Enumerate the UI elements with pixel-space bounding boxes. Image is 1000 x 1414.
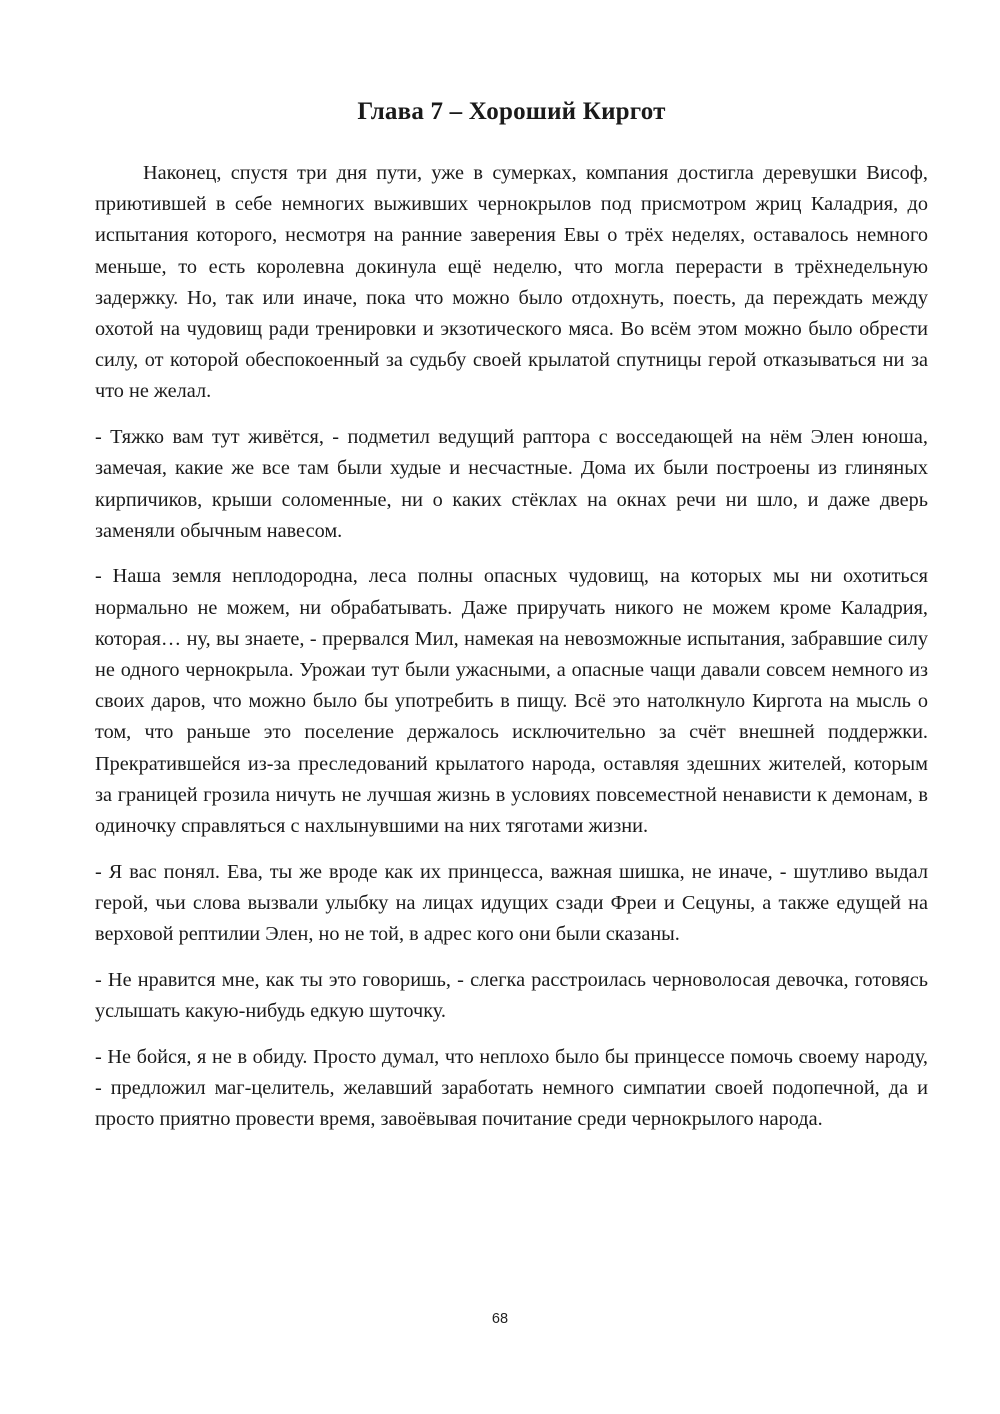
document-page: Глава 7 – Хороший Киргот Наконец, спустя… (95, 92, 928, 1150)
paragraph-dialogue-princess-joke: - Я вас понял. Ева, ты же вроде как их п… (95, 857, 928, 951)
chapter-title: Глава 7 – Хороший Киргот (95, 92, 928, 132)
paragraph-narration-arrival: Наконец, спустя три дня пути, уже в суме… (95, 158, 928, 408)
page-number: 68 (0, 1311, 1000, 1327)
paragraph-dialogue-eva-upset: - Не нравится мне, как ты это говоришь, … (95, 965, 928, 1027)
paragraph-dialogue-mil-explains: - Наша земля неплодородна, леса полны оп… (95, 561, 928, 842)
paragraph-dialogue-hard-life: - Тяжко вам тут живётся, - подметил веду… (95, 422, 928, 547)
paragraph-dialogue-healer-proposal: - Не бойся, я не в обиду. Просто думал, … (95, 1042, 928, 1136)
